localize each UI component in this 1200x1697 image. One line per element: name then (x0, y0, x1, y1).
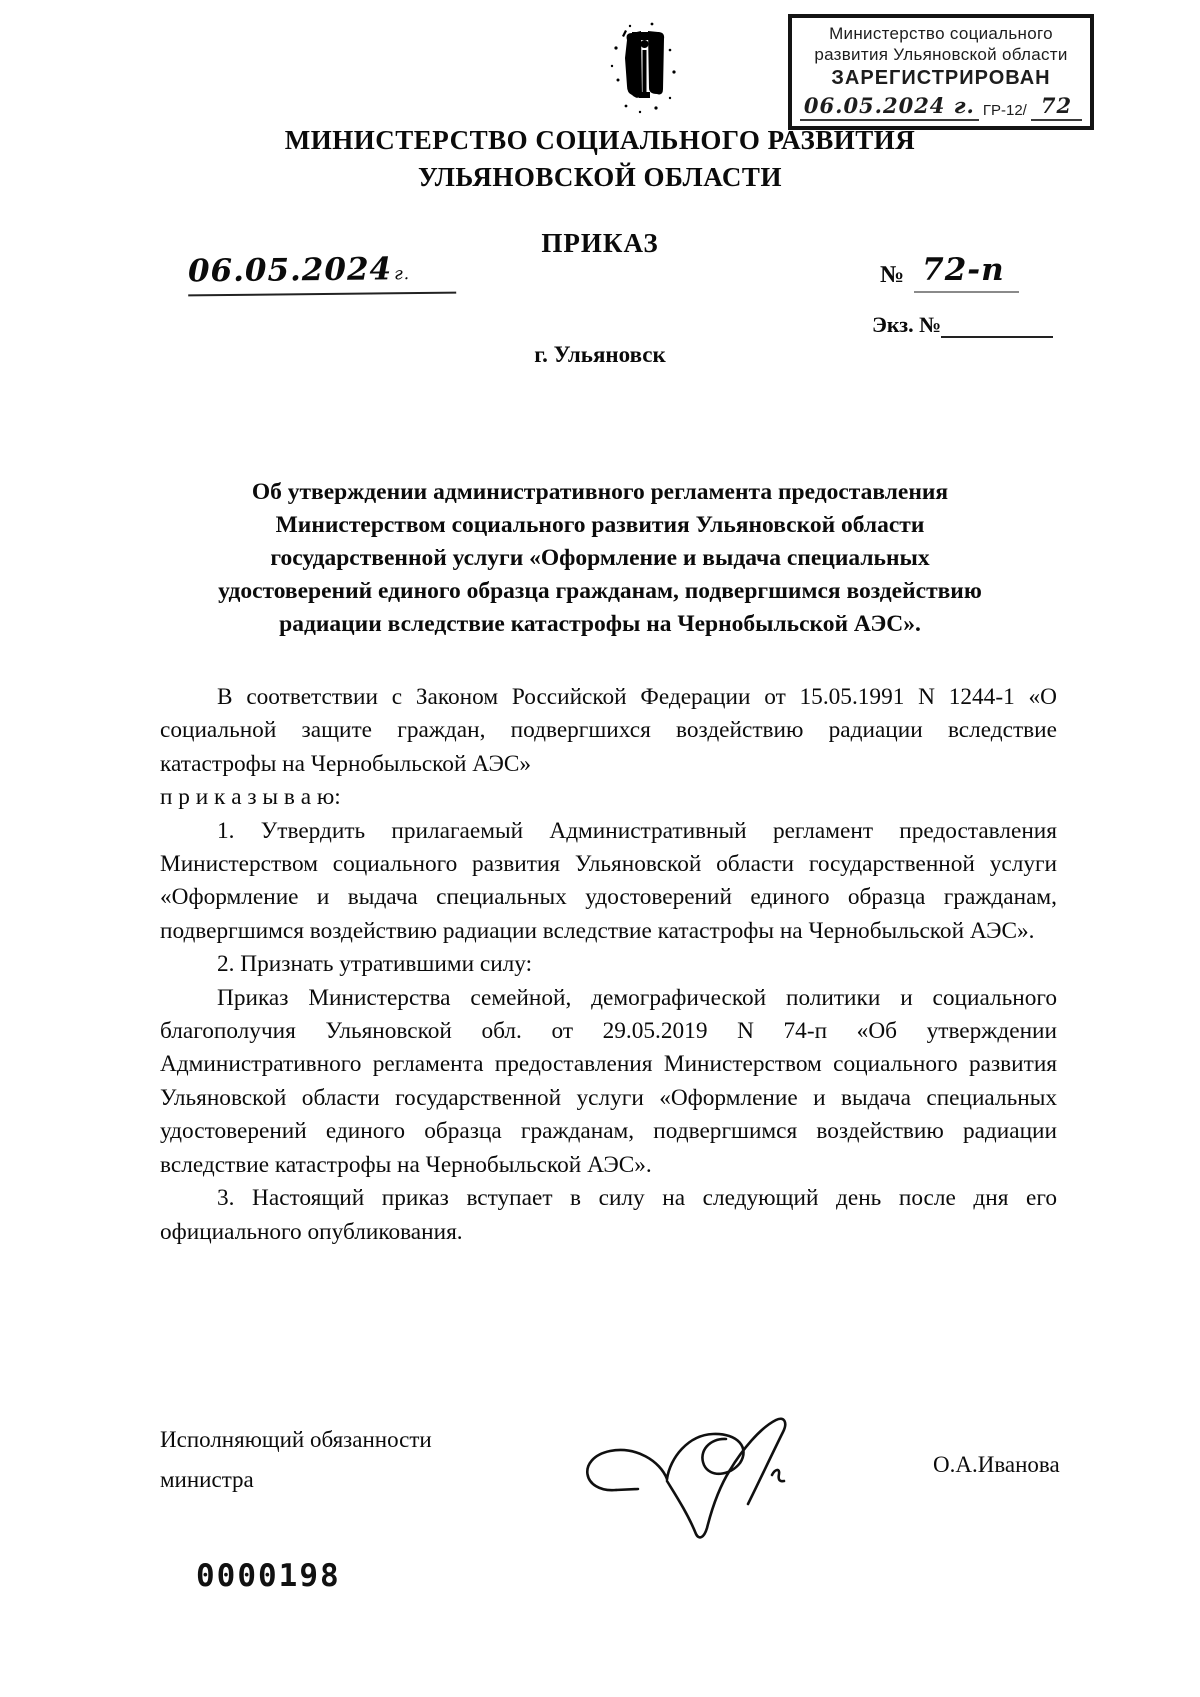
order-number-label: № (880, 262, 904, 293)
order-title-line: Об утверждении административного регламе… (150, 476, 1050, 509)
signer-position: Исполняющий обязанности министра (160, 1420, 432, 1500)
stamp-org-line2: развития Ульяновской области (792, 44, 1090, 65)
copy-number-field: Экз. № (872, 310, 1053, 338)
stamp-number-handwritten: 72 (1031, 93, 1082, 121)
body-paragraph-repealed-order: Приказ Министерства семейной, демографич… (160, 982, 1057, 1182)
body-paragraph-item-3: 3. Настоящий приказ вступает в силу на с… (160, 1182, 1057, 1249)
order-number-handwritten: 72-п (914, 252, 1019, 293)
signer-position-line2: министра (160, 1460, 432, 1500)
registration-stamp: Министерство социального развития Ульяно… (788, 14, 1094, 130)
signer-name: О.А.Иванова (933, 1452, 1060, 1478)
body-paragraph-item-2: 2. Признать утратившими силу: (160, 948, 1057, 981)
order-body: В соответствии с Законом Российской Феде… (160, 681, 1057, 1249)
signer-position-line1: Исполняющий обязанности (160, 1420, 432, 1460)
ministry-name-line2: УЛЬЯНОВСКОЙ ОБЛАСТИ (0, 159, 1200, 196)
copy-number-blank-line (941, 310, 1053, 338)
order-title: Об утверждении административного регламе… (150, 476, 1050, 641)
ministry-name: МИНИСТЕРСТВО СОЦИАЛЬНОГО РАЗВИТИЯ УЛЬЯНО… (0, 122, 1200, 196)
document-type-heading: ПРИКАЗ (0, 228, 1200, 259)
stamp-number-prefix: ГР-12/ (983, 102, 1027, 121)
body-paragraph-decree-word: п р и к а з ы в а ю: (160, 781, 1057, 814)
emblem-icon (596, 20, 696, 128)
order-date-suffix: г. (394, 264, 410, 284)
city-label: г. Ульяновск (0, 342, 1200, 368)
order-date-field: 06.05.2024г. (188, 251, 456, 297)
body-paragraph-preamble: В соответствии с Законом Российской Феде… (160, 681, 1057, 781)
order-title-line: радиации вследствие катастрофы на Черноб… (150, 608, 1050, 641)
stamp-date-handwritten: 06.05.2024 г. (800, 93, 979, 121)
body-paragraph-item-1: 1. Утвердить прилагаемый Административны… (160, 815, 1057, 949)
ministry-name-line1: МИНИСТЕРСТВО СОЦИАЛЬНОГО РАЗВИТИЯ (0, 122, 1200, 159)
document-code: 0000198 (196, 1558, 341, 1594)
copy-number-label: Экз. № (872, 312, 941, 338)
stamp-org-line1: Министерство социального (792, 23, 1090, 44)
stamp-registered-label: ЗАРЕГИСТРИРОВАН (792, 67, 1090, 90)
order-number-field: № 72-п (880, 252, 1019, 293)
order-title-line: удостоверений единого образца гражданам,… (150, 575, 1050, 608)
order-title-line: Министерством социального развития Ульян… (150, 509, 1050, 542)
signature-autograph (520, 1362, 820, 1542)
document-page: { "stamp": { "org_line1": "Министерство … (0, 0, 1200, 1697)
order-title-line: государственной услуги «Оформление и выд… (150, 542, 1050, 575)
order-date-handwritten: 06.05.2024 (188, 251, 393, 289)
